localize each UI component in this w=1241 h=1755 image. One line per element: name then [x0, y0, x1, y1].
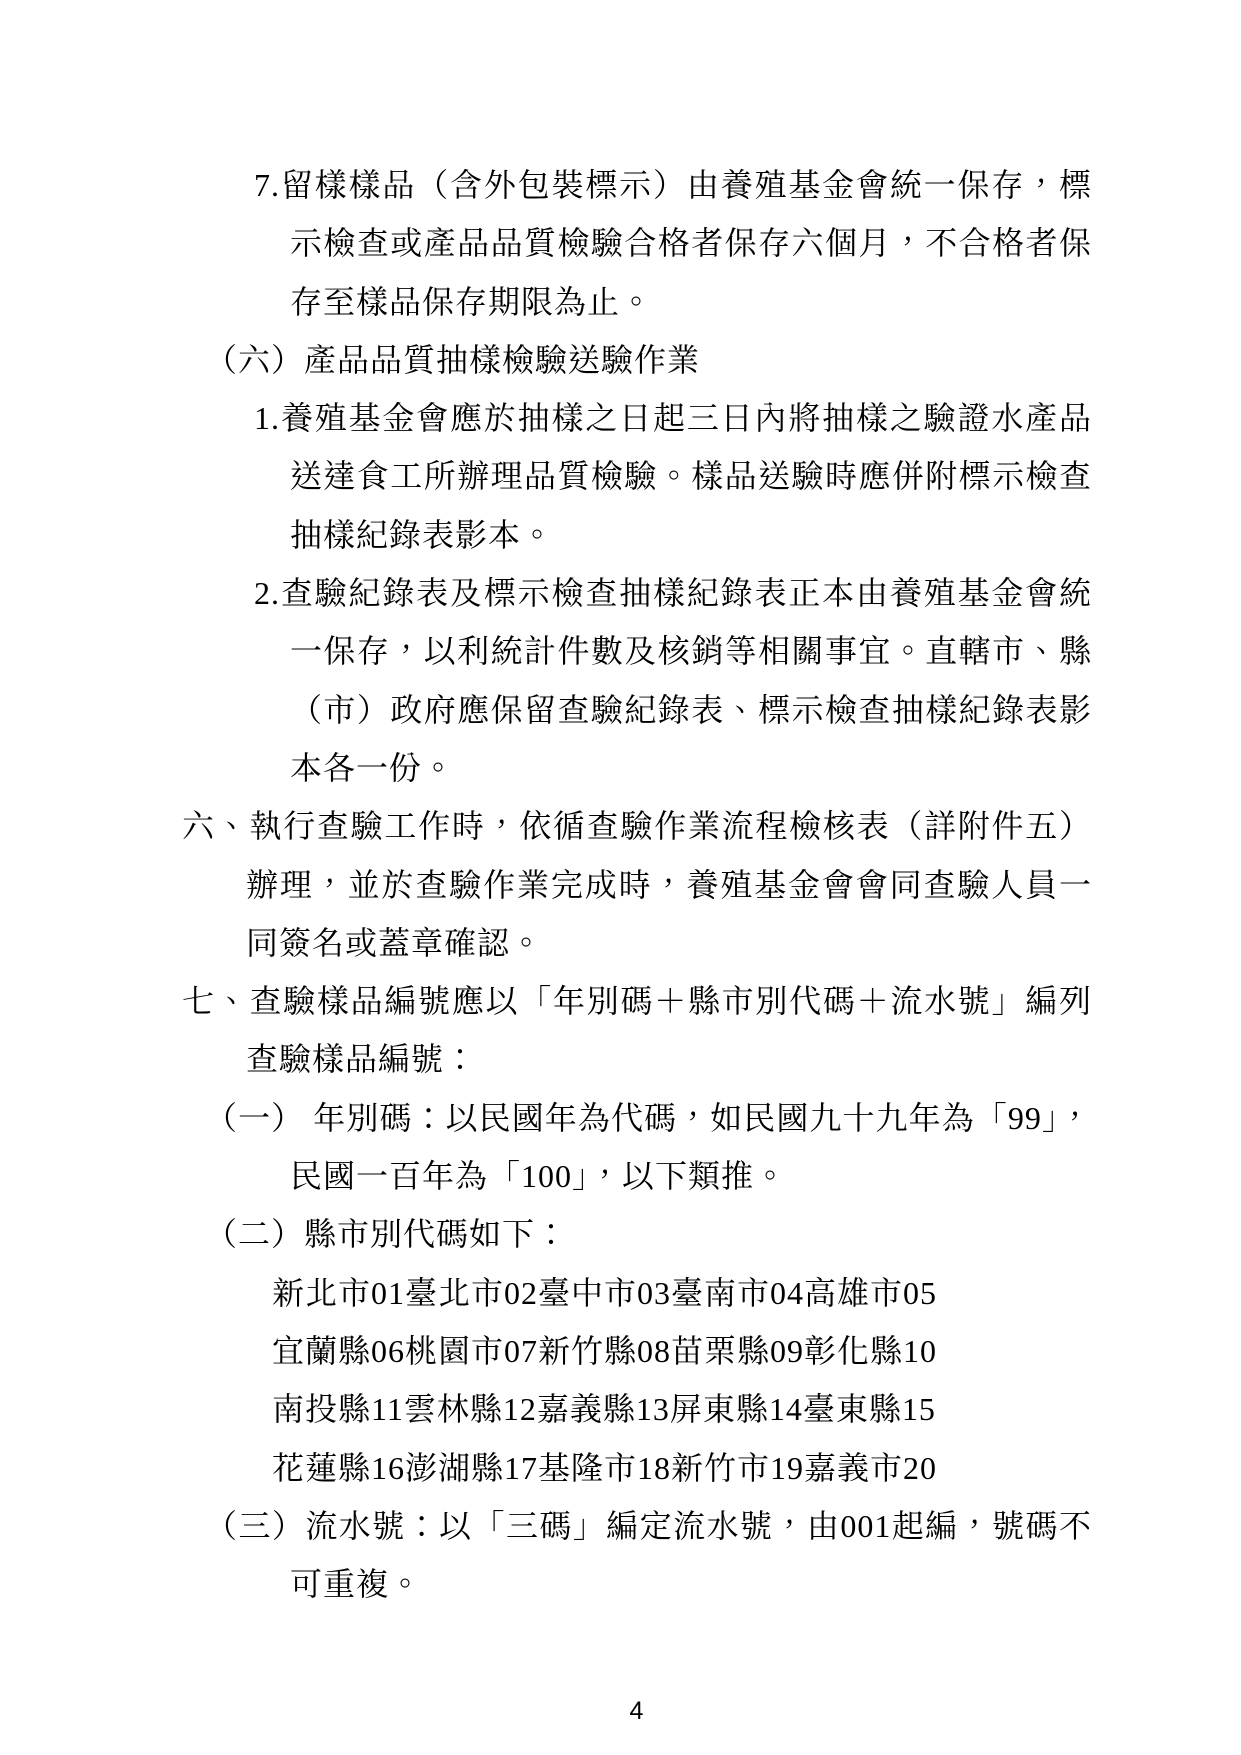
doc-line: 存至樣品保存期限為止。	[0, 273, 1241, 331]
doc-line: 一保存，以利統計件數及核銷等相關事宜。直轄市、縣	[0, 622, 1092, 680]
doc-line: 1.養殖基金會應於抽樣之日起三日內將抽樣之驗證水產品	[0, 389, 1092, 447]
page-number: 4	[630, 1697, 644, 1725]
doc-line: （三）流水號：以「三碼」編定流水號，由001起編，號碼不	[0, 1497, 1092, 1555]
doc-line: （二）縣市別代碼如下：	[0, 1205, 1241, 1263]
doc-line: 民國一百年為「100」，以下類推。	[0, 1147, 1241, 1205]
doc-line: 同簽名或蓋章確認。	[0, 914, 1241, 972]
doc-line: 示檢查或產品品質檢驗合格者保存六個月，不合格者保	[0, 214, 1092, 272]
page-footer: 4	[32, 1696, 1241, 1726]
doc-line: 六、執行查驗工作時，依循查驗作業流程檢核表（詳附件五）	[0, 797, 1092, 855]
doc-line: 南投縣11雲林縣12嘉義縣13屏東縣14臺東縣15	[0, 1380, 1241, 1438]
doc-line: 新北市01臺北市02臺中市03臺南市04高雄市05	[0, 1264, 1241, 1322]
doc-line: 送達食工所辦理品質檢驗。樣品送驗時應併附標示檢查	[0, 447, 1092, 505]
doc-line: 可重複。	[0, 1555, 1241, 1613]
doc-line: 花蓮縣16澎湖縣17基隆市18新竹市19嘉義市20	[0, 1439, 1241, 1497]
doc-line: 2.查驗紀錄表及標示檢查抽樣紀錄表正本由養殖基金會統	[0, 564, 1092, 622]
doc-line: 宜蘭縣06桃園市07新竹縣08苗栗縣09彰化縣10	[0, 1322, 1241, 1380]
doc-line: 查驗樣品編號：	[0, 1030, 1241, 1088]
document-page: 7.留樣樣品（含外包裝標示）由養殖基金會統一保存，標示檢查或產品品質檢驗合格者保…	[0, 0, 1241, 1755]
doc-line: 七、查驗樣品編號應以「年別碼＋縣市別代碼＋流水號」編列	[0, 972, 1092, 1030]
doc-line: 7.留樣樣品（含外包裝標示）由養殖基金會統一保存，標	[0, 156, 1092, 214]
doc-line: （市）政府應保留查驗紀錄表、標示檢查抽樣紀錄表影	[0, 681, 1092, 739]
doc-line: 本各一份。	[0, 739, 1241, 797]
doc-line: （一） 年別碼：以民國年為代碼，如民國九十九年為「99」，	[0, 1089, 1092, 1147]
doc-line: 辦理，並於查驗作業完成時，養殖基金會會同查驗人員一	[0, 856, 1092, 914]
doc-line: （六）產品品質抽樣檢驗送驗作業	[0, 331, 1241, 389]
doc-line: 抽樣紀錄表影本。	[0, 506, 1241, 564]
document-body: 7.留樣樣品（含外包裝標示）由養殖基金會統一保存，標示檢查或產品品質檢驗合格者保…	[0, 156, 1241, 1613]
